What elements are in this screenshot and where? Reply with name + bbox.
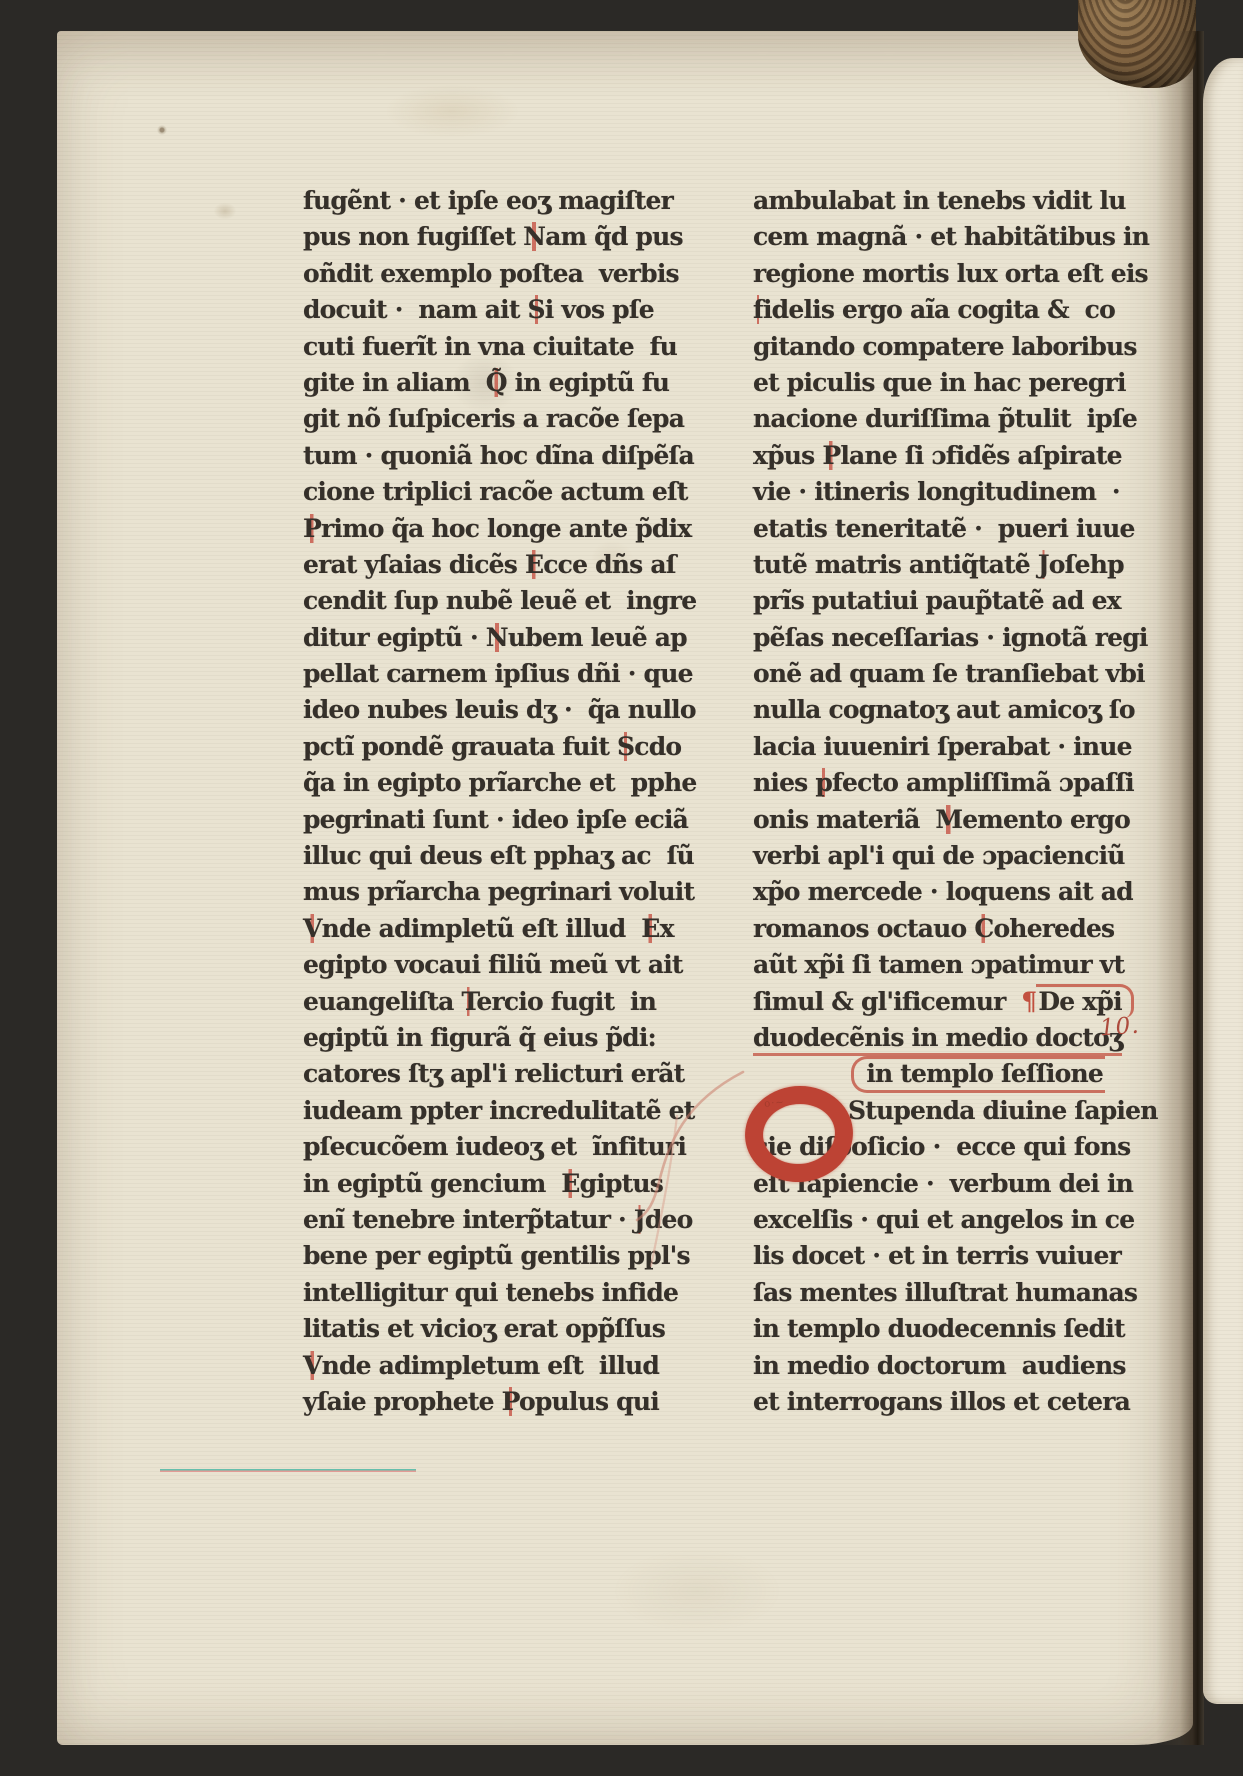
- text-segment: P: [822, 441, 840, 470]
- text-segment: gitando compatere laboribus: [753, 332, 1137, 361]
- text-segment: iudeam ppter incredulitatẽ et: [303, 1096, 695, 1125]
- text-line: vie · itineris longitudinem ·: [753, 474, 1105, 510]
- text-segment: in templo duodecennis ſedit: [753, 1314, 1125, 1343]
- text-segment: q̃a in egipto prĩarche et pphe: [303, 768, 696, 797]
- text-segment: oheredes: [993, 914, 1114, 943]
- text-segment: E: [561, 1169, 579, 1198]
- text-line: enĩ tenebre interp̃tatur · Jdeo: [303, 1202, 668, 1238]
- text-line: cem magnã · et habitãtibus in: [753, 219, 1105, 255]
- text-segment: i vos pſe: [545, 295, 654, 324]
- adjacent-page-edge: [1203, 58, 1243, 1704]
- text-line: pſecucõem iudeoʒ et ĩnfituri: [303, 1129, 668, 1165]
- text-segment: enĩ tenebre interp̃tatur ·: [303, 1205, 634, 1234]
- text-line: docuit · nam ait Si vos pſe: [303, 292, 668, 328]
- text-segment: onẽ ad quam ſe tranſiebat vbi: [753, 659, 1145, 688]
- text-segment: S: [528, 295, 545, 324]
- text-segment: fugẽnt · et ipſe eoʒ magiſter: [303, 186, 673, 215]
- text-segment: romanos octauo: [753, 914, 974, 943]
- text-line: prĩs putatiui paup̃tatẽ ad ex: [753, 583, 1105, 619]
- text-line: regione mortis lux orta eſt eis: [753, 256, 1105, 292]
- text-segment: S: [617, 732, 634, 761]
- text-segment: J: [1038, 550, 1049, 579]
- text-segment: ſimul & gl'ificemur: [753, 987, 1021, 1016]
- text-segment: lacia iuueniri ſperabat · inue: [753, 732, 1132, 761]
- text-segment: x: [660, 914, 674, 943]
- text-segment: cem magnã · et habitãtibus in: [753, 222, 1149, 251]
- text-line: in egiptũ gencium Egiptus: [303, 1166, 668, 1202]
- text-line: catores ſtʒ apl'i relicturi erãt: [303, 1056, 668, 1092]
- text-line: litatis et vicioʒ erat opp̃ſſus: [303, 1311, 668, 1347]
- text-segment: giptus: [580, 1169, 663, 1198]
- text-line: onis materiã Memento ergo: [753, 802, 1105, 838]
- text-line: pus non fugiſſet Nam q̃d pus: [303, 219, 668, 255]
- text-segment: cdo: [634, 732, 681, 761]
- text-segment: git nõ ſuſpiceris a racõe ſepa: [303, 404, 684, 433]
- text-line: mus prĩarcha pegrinari voluit: [303, 874, 668, 910]
- text-segment: pẽſas neceſſarias · ignotã regi: [753, 623, 1148, 652]
- text-segment: P: [502, 1387, 519, 1416]
- text-line: aũt xp̃i ſi tamen ɔpatimur vt: [753, 947, 1105, 983]
- text-segment: rimo q̃a hoc longe ante p̃dix: [321, 514, 691, 543]
- text-segment: et piculis que in hac peregri: [753, 368, 1126, 397]
- text-segment: in egiptũ fu: [507, 368, 669, 397]
- text-segment: lis docet · et in terris vuiuer: [753, 1241, 1121, 1270]
- text-segment: nacione duriſſima p̃tulit ipſe: [753, 404, 1137, 433]
- text-line: lis docet · et in terris vuiuer: [753, 1238, 1105, 1274]
- text-segment: Stupenda diuine ſapien: [848, 1096, 1158, 1125]
- text-segment: cendit ſup nubẽ leuẽ et ingre: [303, 586, 696, 615]
- text-line: ambulabat in tenebs vidit lu: [753, 183, 1105, 219]
- text-line: egipto vocaui filiũ meũ vt ait: [303, 947, 668, 983]
- text-segment: oñdit exemplo poſtea verbis: [303, 259, 679, 288]
- text-segment: regione mortis lux orta eſt eis: [753, 259, 1148, 288]
- text-line: verbi apl'i qui de ɔpacienciũ: [753, 838, 1105, 874]
- text-line: ditur egiptũ · Nubem leuẽ ap: [303, 620, 668, 656]
- text-segment: J: [634, 1205, 645, 1234]
- text-segment: ubem leuẽ ap: [508, 623, 687, 652]
- text-line: q̃a in egipto prĩarche et pphe: [303, 765, 668, 801]
- text-line: romanos octauo Coheredes: [753, 911, 1105, 947]
- text-line: erat yſaias dicẽs Ecce dñs aſ: [303, 547, 668, 583]
- text-segment: tum · quoniã hoc dĩna diſpẽſa: [303, 441, 694, 470]
- text-line: fugẽnt · et ipſe eoʒ magiſter: [303, 183, 668, 219]
- text-line: pctĩ pondẽ grauata fuit Scdo: [303, 729, 668, 765]
- text-line: Vnde adimpletũ eſt illud Ex: [303, 911, 668, 947]
- text-segment: cione triplici racõe actum eſt: [303, 477, 688, 506]
- text-segment: ſas mentes illuſtrat humanas: [753, 1278, 1137, 1307]
- text-segment: litatis et vicioʒ erat opp̃ſſus: [303, 1314, 665, 1343]
- text-segment: N: [486, 623, 508, 652]
- text-segment: oſehp: [1049, 550, 1124, 579]
- text-segment: f: [753, 295, 763, 324]
- text-segment: et interrogans illos et cetera: [753, 1387, 1130, 1416]
- text-segment: gite in aliam: [303, 368, 486, 397]
- text-line: oñdit exemplo poſtea verbis: [303, 256, 668, 292]
- text-segment: nies: [753, 768, 815, 797]
- text-segment: in egiptũ gencium: [303, 1169, 561, 1198]
- text-segment: erat yſaias dicẽs: [303, 550, 525, 579]
- text-segment: docuit · nam ait: [303, 295, 528, 324]
- text-segment: fecto ampliſſimã ɔpaſſi: [832, 768, 1134, 797]
- text-line: egiptũ in figurã q̃ eius p̃di:: [303, 1020, 668, 1056]
- text-segment: V: [303, 914, 322, 943]
- text-segment: am q̃d pus: [545, 222, 683, 251]
- text-segment: ideo nubes leuis dʒ · q̃a nullo: [303, 695, 696, 724]
- text-line: et interrogans illos et cetera: [753, 1384, 1105, 1420]
- text-segment: excelſis · qui et angelos in ce: [753, 1205, 1134, 1234]
- text-segment: yſaie prophete: [303, 1387, 502, 1416]
- text-line: pẽſas neceſſarias · ignotã regi: [753, 620, 1105, 656]
- text-segment: lane ſi ɔfidẽs aſpirate: [840, 441, 1121, 470]
- text-line: illuc qui deus eſt pphaʒ ac ſũ: [303, 838, 668, 874]
- text-line: tum · quoniã hoc dĩna diſpẽſa: [303, 438, 668, 474]
- text-segment: euangeliſta: [303, 987, 461, 1016]
- text-segment: egiptũ in figurã q̃ eius p̃di:: [303, 1023, 656, 1052]
- text-line: nulla cognatoʒ aut amicoʒ ſo: [753, 692, 1105, 728]
- text-line: onẽ ad quam ſe tranſiebat vbi: [753, 656, 1105, 692]
- chapter-margin-note: 10.: [1099, 1013, 1140, 1042]
- text-line: excelſis · qui et angelos in ce: [753, 1202, 1105, 1238]
- text-line: cuti fuerĩt in vna ciuitate fu: [303, 329, 668, 365]
- text-segment: N: [523, 222, 545, 251]
- text-segment: in medio doctorum audiens: [753, 1351, 1126, 1380]
- text-segment: duodecẽnis in medio doctoʒ: [753, 1023, 1122, 1056]
- text-segment: E: [525, 550, 543, 579]
- text-line: gitando compatere laboribus: [753, 329, 1105, 365]
- text-segment: xp̃o mercede · loquens ait ad: [753, 877, 1133, 906]
- text-line: gite in aliam Q̃ in egiptũ fu: [303, 365, 668, 401]
- text-segment: pſecucõem iudeoʒ et ĩnfituri: [303, 1132, 686, 1161]
- text-segment: nde adimpletum eſt illud: [322, 1351, 659, 1380]
- rubricator-guide-scribble: o·~: [764, 1097, 785, 1110]
- text-segment: ercio fugit in: [476, 987, 656, 1016]
- text-segment: vie · itineris longitudinem ·: [753, 477, 1120, 506]
- text-segment: nde adimpletũ eſt illud: [322, 914, 642, 943]
- text-line: nies pfecto ampliſſimã ɔpaſſi: [753, 765, 1105, 801]
- text-line: pellat carnem ipſius dñi · que: [303, 656, 668, 692]
- text-segment: V: [303, 1351, 322, 1380]
- text-line: ſas mentes illuſtrat humanas: [753, 1275, 1105, 1311]
- text-segment: emento ergo: [962, 805, 1130, 834]
- text-line: yſaie prophete Populus qui: [303, 1384, 668, 1420]
- text-line: duodecẽnis in medio doctoʒ: [753, 1020, 1105, 1056]
- text-line: cendit ſup nubẽ leuẽ et ingre: [303, 583, 668, 619]
- text-segment: p: [815, 768, 832, 797]
- text-segment: De xp̃i: [1036, 984, 1133, 1018]
- text-line: git nõ ſuſpiceris a racõe ſepa: [303, 401, 668, 437]
- text-segment: pctĩ pondẽ grauata fuit: [303, 732, 617, 761]
- text-segment: nulla cognatoʒ aut amicoʒ ſo: [753, 695, 1135, 724]
- text-line: ideo nubes leuis dʒ · q̃a nullo: [303, 692, 668, 728]
- text-segment: etatis teneritatẽ · pueri iuue: [753, 514, 1135, 543]
- text-segment: pegrinati ſunt · ideo ipſe eciã: [303, 805, 688, 834]
- text-line: etatis teneritatẽ · pueri iuue: [753, 511, 1105, 547]
- text-line: xp̃us Plane ſi ɔfidẽs aſpirate: [753, 438, 1105, 474]
- text-line: pegrinati ſunt · ideo ipſe eciã: [303, 802, 668, 838]
- text-segment: in templo ſeſſione: [851, 1056, 1105, 1093]
- text-line: in templo duodecennis ſedit: [753, 1311, 1105, 1347]
- right-text-column: ambulabat in tenebs vidit lucem magnã · …: [753, 183, 1105, 1420]
- text-segment: aũt xp̃i ſi tamen ɔpatimur vt: [753, 950, 1124, 979]
- text-line: cione triplici racõe actum eſt: [303, 474, 668, 510]
- text-line: nacione duriſſima p̃tulit ipſe: [753, 401, 1105, 437]
- text-line: tutẽ matris antiq̃tatẽ Joſehp: [753, 547, 1105, 583]
- text-segment: xp̃us: [753, 441, 822, 470]
- scanned-book-photo: { "page": { "background_color": "#2b2926…: [0, 0, 1243, 1776]
- text-segment: cce dñs aſ: [543, 550, 675, 579]
- text-segment: C: [974, 914, 993, 943]
- text-segment: onis materiã: [753, 805, 935, 834]
- text-segment: tutẽ matris antiq̃tatẽ: [753, 550, 1038, 579]
- text-segment: T: [461, 987, 476, 1016]
- text-line: fidelis ergo aĩa cogita & co: [753, 292, 1105, 328]
- text-segment: pellat carnem ipſius dñi · que: [303, 659, 693, 688]
- text-segment: P: [303, 514, 321, 543]
- text-line: Primo q̃a hoc longe ante p̃dix: [303, 511, 668, 547]
- text-segment: verbi apl'i qui de ɔpacienciũ: [753, 841, 1125, 870]
- text-line: iudeam ppter incredulitatẽ et: [303, 1093, 668, 1129]
- text-segment: bene per egiptũ gentilis ppl's: [303, 1241, 690, 1270]
- text-segment: ditur egiptũ ·: [303, 623, 486, 652]
- scan-artifact-line: [160, 1469, 416, 1472]
- text-segment: mus prĩarcha pegrinari voluit: [303, 877, 694, 906]
- text-segment: ambulabat in tenebs vidit lu: [753, 186, 1126, 215]
- text-line: Vnde adimpletum eſt illud: [303, 1348, 668, 1384]
- text-segment: illuc qui deus eſt pphaʒ ac ſũ: [303, 841, 694, 870]
- text-segment: egipto vocaui filiũ meũ vt ait: [303, 950, 683, 979]
- red-pilcrow-mark: ¶: [1021, 987, 1036, 1016]
- text-line: in medio doctorum audiens: [753, 1348, 1105, 1384]
- text-segment: idelis ergo aĩa cogita & co: [763, 295, 1115, 324]
- text-segment: Q̃: [486, 368, 507, 397]
- text-line: et piculis que in hac peregri: [753, 365, 1105, 401]
- text-segment: cuti fuerĩt in vna ciuitate fu: [303, 332, 677, 361]
- left-text-column: fugẽnt · et ipſe eoʒ magiſterpus non fug…: [303, 183, 668, 1420]
- text-segment: pus non fugiſſet: [303, 222, 523, 251]
- text-segment: opulus qui: [519, 1387, 659, 1416]
- text-line: lacia iuueniri ſperabat · inue: [753, 729, 1105, 765]
- text-line: xp̃o mercede · loquens ait ad: [753, 874, 1105, 910]
- text-segment: deo: [645, 1205, 693, 1234]
- text-line: ſimul & gl'ificemur ¶De xp̃i: [753, 984, 1105, 1020]
- text-line: euangeliſta Tercio fugit in: [303, 984, 668, 1020]
- text-line: bene per egiptũ gentilis ppl's: [303, 1238, 668, 1274]
- adjacent-page-texture: [1203, 58, 1243, 1704]
- text-segment: prĩs putatiui paup̃tatẽ ad ex: [753, 586, 1121, 615]
- text-segment: M: [935, 805, 962, 834]
- text-segment: intelligitur qui tenebs infide: [303, 1278, 678, 1307]
- text-segment: catores ſtʒ apl'i relicturi erãt: [303, 1059, 684, 1088]
- text-line: intelligitur qui tenebs infide: [303, 1275, 668, 1311]
- text-segment: E: [641, 914, 659, 943]
